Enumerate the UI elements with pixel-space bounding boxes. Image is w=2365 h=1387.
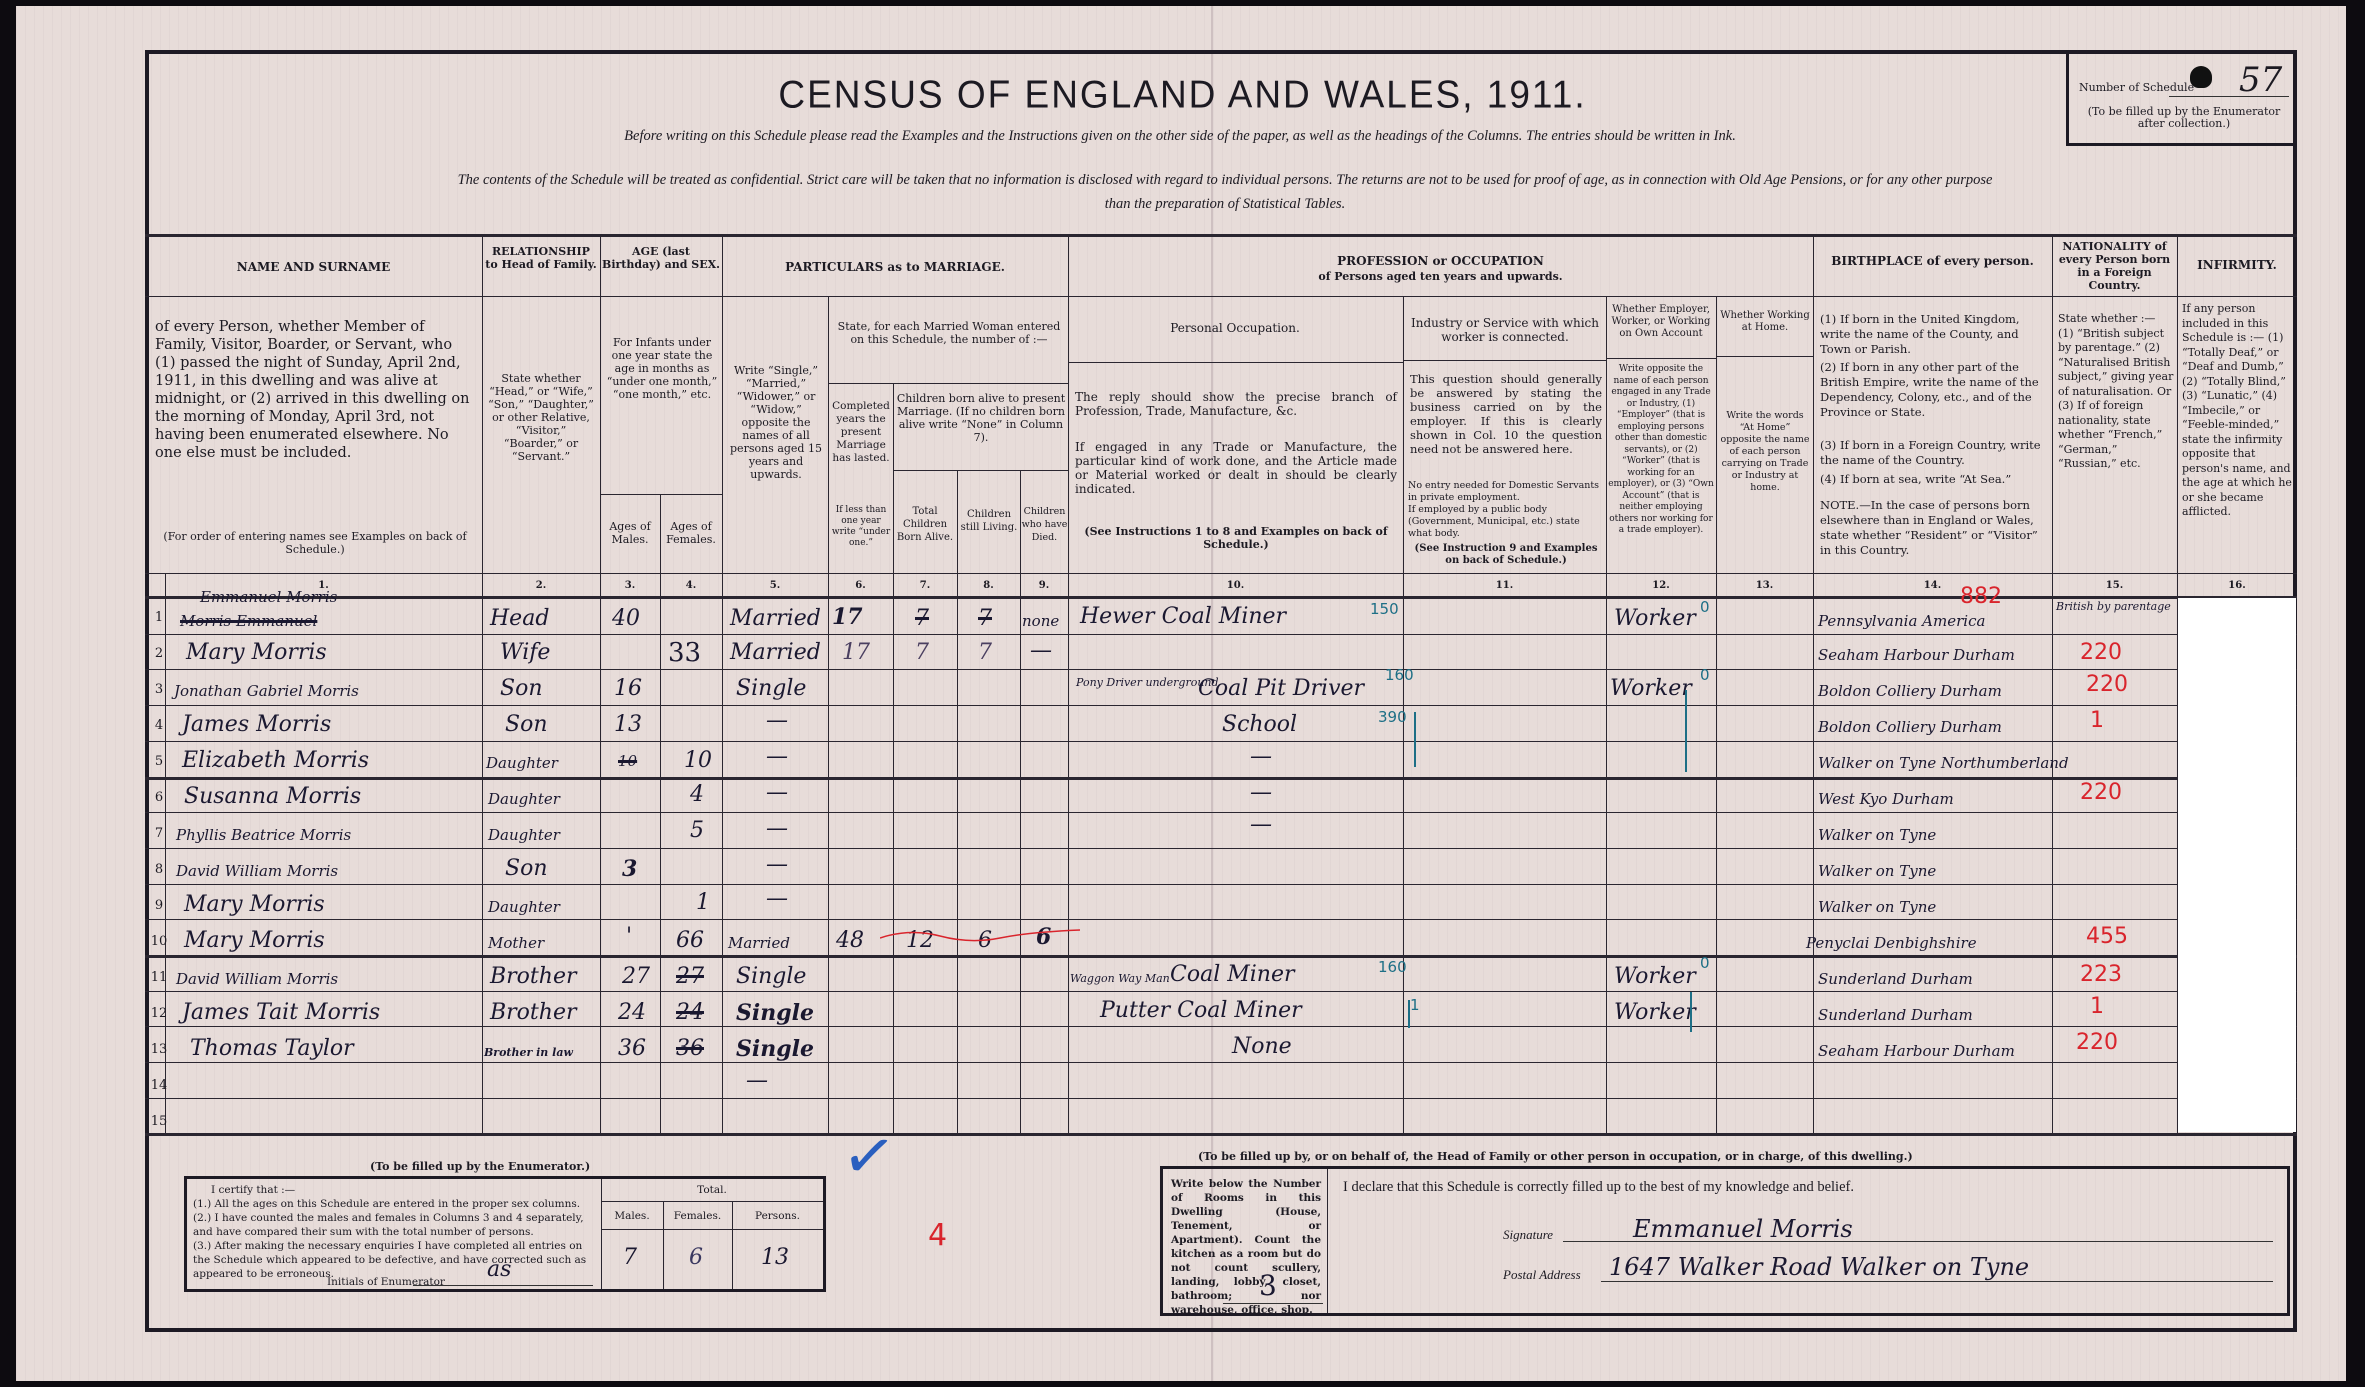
certify-label: I certify that :— [211, 1183, 295, 1197]
employment-status: Worker [1614, 1000, 1696, 1025]
nationality-code: 223 [2080, 962, 2122, 987]
occupation: Coal Pit Driver [1198, 676, 1364, 701]
birthplace: Pennsylvania America [1818, 612, 1985, 630]
occupation-code: 390 [1378, 708, 1407, 726]
children-rule [893, 470, 1068, 471]
occupation: Putter Coal Miner [1100, 998, 1302, 1023]
relationship: Wife [500, 640, 550, 665]
marital-status: Married [728, 934, 790, 952]
age-males-struck: 10 [618, 752, 637, 770]
ink-blot [2190, 66, 2212, 88]
enumerator-heading: (To be filled up by the Enumerator.) [370, 1160, 590, 1173]
totals-rule-2 [601, 1229, 823, 1230]
vline-age [722, 234, 723, 1133]
vline-col7 [957, 470, 958, 1133]
age-males: 3 [622, 856, 637, 882]
schedule-number-note: (To be filled up by the Enumerator after… [2075, 106, 2293, 130]
age-females: 4 [690, 782, 704, 807]
colnum-5: 5. [722, 580, 828, 591]
header-profession-subtitle: of Persons aged ten years and upwards. [1068, 270, 1813, 283]
marital-status: — [746, 1068, 768, 1093]
employment-code: 0 [1700, 954, 1710, 972]
relationship: Brother [490, 964, 576, 989]
colnum-2: 2. [482, 580, 600, 591]
marital-status: — [766, 852, 788, 877]
header-age-females: Ages of Females. [660, 520, 722, 546]
vline-col6 [893, 383, 894, 1133]
children-living: 7 [978, 606, 992, 631]
header-personal-occupation: Personal Occupation. [1070, 320, 1400, 337]
personal-occ-rule [1068, 362, 1403, 363]
enumerator-certificate-box: I certify that :— (1.) All the ages on t… [184, 1176, 826, 1292]
head-of-family-box: Write below the Number of Rooms in this … [1160, 1166, 2290, 1316]
row-number: 1 [150, 610, 168, 625]
row-rule [145, 634, 2297, 635]
rooms-count: 3 [1259, 1269, 1277, 1302]
certify-item-1: (1.) All the ages on this Schedule are e… [193, 1197, 597, 1211]
header-birthplace-body-3: (3) If born in a Foreign Country, write … [1820, 438, 2048, 468]
marriage-years: 17 [842, 640, 870, 665]
header-birthplace-body-2: (2) If born in any other part of the Bri… [1820, 360, 2048, 420]
colnum-13: 13. [1716, 580, 1813, 591]
occupation-code: 1 [1410, 996, 1420, 1014]
birthplace-code: 882 [1960, 584, 2002, 609]
person-name: James Morris [182, 712, 331, 737]
confidential-line-2: than the preparation of Statistical Tabl… [160, 196, 2290, 213]
age-males: 40 [612, 606, 640, 631]
header-infirmity: INFIRMITY. [2179, 258, 2295, 272]
birthplace: Walker on Tyne [1818, 898, 1936, 916]
person-name: David William Morris [176, 970, 338, 988]
marital-status: Single [736, 1036, 814, 1062]
marriage-years: 17 [832, 604, 863, 630]
relationship: Daughter [488, 898, 560, 916]
row-number: 15 [150, 1114, 168, 1129]
signature-value: Emmanuel Morris [1633, 1215, 1853, 1243]
marital-status: — [766, 816, 788, 841]
header-personal-body-2: If engaged in any Trade or Manufacture, … [1075, 440, 1397, 496]
birthplace: Walker on Tyne Northumberland [1818, 754, 2069, 772]
name-struck: Morris Emmanuel [180, 612, 317, 630]
row-number: 8 [150, 862, 168, 877]
header-industry-body-3: If employed by a public body (Government… [1408, 504, 1604, 540]
header-birthplace: BIRTHPLACE of every person. [1813, 254, 2052, 268]
header-industry-body-4: (See Instruction 9 and Examples on back … [1408, 543, 1604, 567]
vline-col9 [1068, 234, 1069, 1133]
header-age-males: Ages of Males. [600, 520, 660, 546]
row-rule [145, 669, 2297, 670]
header-birthplace-note: NOTE.—In the case of persons born elsewh… [1820, 498, 2048, 558]
initials-label: Initials of Enumerator [327, 1275, 445, 1289]
nationality-code: 220 [2086, 672, 2128, 697]
row-number: 11 [150, 970, 168, 985]
marital-status: — [766, 780, 788, 805]
person-name: James Tait Morris [182, 1000, 380, 1025]
vline-col12 [1716, 296, 1717, 1133]
occupation: None [1232, 1034, 1292, 1059]
row-number: 13 [150, 1042, 168, 1057]
vline-col11 [1606, 296, 1607, 1133]
colnum-3: 3. [600, 580, 660, 591]
age-males: 27 [622, 964, 650, 989]
certify-item-2: (2.) I have counted the males and female… [193, 1211, 597, 1239]
children-died: none [1022, 612, 1059, 630]
total-persons: 13 [761, 1245, 789, 1270]
nationality: British by parentage [2056, 600, 2174, 613]
vline-name [482, 234, 483, 1133]
row-rule [145, 884, 2297, 885]
header-nationality: NATIONALITY of every Person born in a Fo… [2054, 240, 2175, 292]
marital-status: Married [730, 606, 821, 631]
marriage-years: 48 [836, 928, 864, 953]
marital-status: — [766, 744, 788, 769]
children-total: 7 [915, 606, 929, 631]
row-rule [145, 741, 2297, 742]
age-females: 66 [676, 928, 704, 953]
totals-rule [601, 1201, 823, 1202]
page-title: CENSUS OF ENGLAND AND WALES, 1911. [0, 73, 2365, 117]
row-number: 5 [150, 754, 168, 769]
schedule-number-box: Number of Schedule 57 (To be filled up b… [2066, 50, 2297, 146]
birthplace: Seaham Harbour Durham [1818, 646, 2015, 664]
occupation: Hewer Coal Miner [1080, 604, 1286, 629]
colnum-10: 10. [1068, 580, 1403, 591]
colnum-4: 4. [660, 580, 722, 591]
birthplace: West Kyo Durham [1818, 790, 1954, 808]
occupation-code: 160 [1378, 958, 1407, 976]
row-rule [145, 991, 2297, 992]
person-name: Mary Morris [184, 892, 325, 917]
relationship: Brother in law [484, 1046, 573, 1059]
schedule-number-value: 57 [2239, 60, 2282, 100]
occupation: School [1222, 712, 1297, 737]
colnum-6: 6. [828, 580, 893, 591]
header-industry-body-1: This question should generally be answer… [1410, 372, 1602, 456]
occupation-code: 150 [1370, 600, 1399, 618]
header-industry-body-2: No entry needed for Domestic Servants in… [1408, 480, 1604, 504]
infirmity-redacted-panel [2178, 598, 2296, 1132]
address-label: Postal Address [1503, 1267, 1581, 1283]
marital-status: — [766, 708, 788, 733]
red-mark: 4 [928, 1218, 947, 1253]
instruction-line: Before writing on this Schedule please r… [300, 128, 2060, 145]
relationship: Daughter [486, 754, 558, 772]
confidential-line-1: The contents of the Schedule will be tre… [160, 172, 2290, 189]
red-correction-line [880, 924, 1080, 948]
children-living: 7 [978, 640, 992, 665]
age-males: 36 [618, 1036, 646, 1061]
header-children-alive: Children born alive to present Marriage.… [896, 392, 1066, 444]
children-total: 7 [915, 640, 929, 665]
employment-code: 0 [1700, 598, 1710, 616]
relationship: Son [500, 676, 543, 701]
relationship: Daughter [488, 826, 560, 844]
header-home: Whether Working at Home. [1718, 310, 1812, 334]
person-name: Mary Morris [184, 928, 325, 953]
married-woman-rule [828, 383, 1068, 384]
employment-code: 0 [1700, 666, 1710, 684]
address-value: 1647 Walker Road Walker on Tyne [1609, 1253, 2029, 1281]
blue-coding-mark [1414, 712, 1416, 767]
header-have-died: Children who have Died. [1021, 505, 1068, 544]
birthplace: Boldon Colliery Durham [1818, 718, 2002, 736]
rooms-line [1223, 1303, 1323, 1304]
age-females-struck: 36 [676, 1036, 704, 1061]
birthplace: Walker on Tyne [1818, 862, 1936, 880]
header-mid-rule [145, 296, 2297, 297]
relationship: Daughter [488, 790, 560, 808]
person-name: Phyllis Beatrice Morris [176, 826, 351, 844]
blue-coding-mark [1685, 690, 1687, 772]
total-females: 6 [689, 1245, 703, 1270]
row-rule [145, 1098, 2297, 1099]
header-still-living: Children still Living. [958, 508, 1020, 534]
age-males: 16 [614, 676, 642, 701]
header-marriage: PARTICULARS as to MARRIAGE. [722, 260, 1068, 274]
header-completed-note: If less than one year write “under one.” [829, 505, 893, 549]
males-label: Males. [601, 1209, 663, 1223]
employment-status: Worker [1614, 964, 1696, 989]
employment-status: Worker [1614, 606, 1696, 631]
row-number: 2 [150, 646, 168, 661]
header-birthplace-body-1: (1) If born in the United Kingdom, write… [1820, 312, 2048, 357]
person-name: Jonathan Gabriel Morris [174, 682, 359, 700]
occupation-prefix: Waggon Way Man [1070, 972, 1170, 985]
marital-status: Single [736, 964, 806, 989]
nationality-code: 220 [2080, 640, 2122, 665]
marital-status: Single [736, 1000, 814, 1026]
row-rule [145, 919, 2297, 920]
occupation: — [1250, 780, 1272, 805]
header-relationship: RELATIONSHIP to Head of Family. [484, 245, 598, 271]
total-males: 7 [623, 1245, 637, 1270]
row-number: 10 [150, 934, 168, 949]
nationality-code: 1 [2090, 994, 2104, 1019]
nationality-code: 1 [2090, 708, 2104, 733]
row-rule [145, 955, 2297, 958]
person-name: Thomas Taylor [190, 1036, 354, 1061]
person-name: Susanna Morris [184, 784, 361, 809]
row-rule [145, 812, 2297, 813]
total-label: Total. [601, 1183, 823, 1197]
age-females: 33 [668, 638, 701, 668]
header-employer: Whether Employer, Worker, or Working on … [1608, 304, 1714, 340]
occupation: — [1250, 812, 1272, 837]
nationality-code: 220 [2076, 1030, 2118, 1055]
row-number: 9 [150, 898, 168, 913]
colnum-14: 14. [1813, 580, 2052, 591]
header-employer-body: Write opposite the name of each person e… [1608, 364, 1714, 537]
vline-col8 [1020, 470, 1021, 1133]
header-home-body: Write the words “At Home” opposite the n… [1718, 410, 1812, 494]
person-name: Mary Morris [186, 640, 327, 665]
nationality-code: 455 [2086, 924, 2128, 949]
header-age-body: For Infants under one year state the age… [604, 336, 720, 401]
header-name-body: of every Person, whether Member of Famil… [155, 318, 475, 462]
row-rule [145, 848, 2297, 849]
industry-rule [1403, 360, 1606, 361]
vline-rel [600, 234, 601, 1133]
address-line [1601, 1281, 2273, 1282]
employer-rule [1606, 358, 1716, 359]
age-females-struck: 27 [676, 964, 704, 989]
birthplace: Walker on Tyne [1818, 826, 1936, 844]
colnum-11: 11. [1403, 580, 1606, 591]
header-relationship-body: State whether “Head,” or “Wife,” “Son,” … [486, 372, 596, 463]
blue-check-mark: ✓ [837, 1117, 900, 1198]
marital-status: Married [730, 640, 821, 665]
header-infirmity-body: If any person included in this Schedule … [2182, 302, 2294, 520]
age-females-struck: 24 [676, 1000, 704, 1025]
person-name: David William Morris [176, 862, 338, 880]
persons-label: Persons. [732, 1209, 823, 1223]
header-total-born: Total Children Born Alive. [894, 505, 956, 544]
age-males: 24 [618, 1000, 646, 1025]
header-profession: PROFESSION or OCCUPATION [1068, 254, 1813, 268]
relationship: Son [505, 856, 548, 881]
age-males: ' [626, 924, 632, 949]
rooms-divider [1327, 1169, 1328, 1313]
age-split-rule [600, 494, 722, 495]
children-died: — [1030, 638, 1052, 663]
signature-label: Signature [1503, 1227, 1553, 1243]
header-nationality-body: State whether :— (1) “British subject by… [2058, 312, 2174, 472]
age-females: 10 [684, 748, 712, 773]
rooms-instruction: Write below the Number of Rooms in this … [1171, 1177, 1321, 1317]
colnum-15: 15. [2052, 580, 2177, 591]
relationship: Head [490, 606, 549, 631]
colnum-12: 12. [1606, 580, 1716, 591]
schedule-number-label: Number of Schedule [2079, 81, 2194, 94]
colnum-16: 16. [2177, 580, 2297, 591]
birthplace: Seaham Harbour Durham [1818, 1042, 2015, 1060]
row-number: 3 [150, 682, 168, 697]
header-birthplace-body-4: (4) If born at sea, write “At Sea.” [1820, 472, 2048, 487]
employment-status: Worker [1610, 676, 1692, 701]
vline-col14 [2052, 234, 2053, 1133]
row-number: 14 [150, 1078, 168, 1093]
colnum-7: 7. [893, 580, 957, 591]
header-bottom-rule [145, 573, 2297, 574]
header-married-woman: State, for each Married Woman entered on… [832, 320, 1066, 346]
birthplace: Sunderland Durham [1818, 970, 1973, 988]
header-name-note: (For order of entering names see Example… [155, 530, 475, 556]
header-top-rule [145, 234, 2297, 237]
header-personal-body-3: (See Instructions 1 to 8 and Examples on… [1075, 525, 1397, 551]
relationship: Mother [488, 934, 544, 952]
home-rule [1716, 356, 1813, 357]
person-name: Elizabeth Morris [182, 748, 369, 773]
initials-line [413, 1285, 593, 1286]
birthplace: Penyclai Denbighshire [1806, 934, 1977, 952]
row-rule [145, 705, 2297, 706]
blue-coding-mark [1690, 992, 1692, 1032]
row-rule [145, 1026, 2297, 1027]
row-number: 12 [150, 1006, 168, 1021]
age-females: 5 [690, 818, 704, 843]
row-number: 6 [150, 790, 168, 805]
relationship: Son [505, 712, 548, 737]
person-name: Emmanuel Morris [200, 588, 337, 606]
occupation-code: 160 [1385, 666, 1414, 684]
head-of-family-heading: (To be filled up by, or on behalf of, th… [1198, 1150, 1913, 1163]
header-marriage-write: Write “Single,” “Married,” “Widower,” or… [726, 364, 826, 481]
row-number: 4 [150, 718, 168, 733]
age-males: 13 [614, 712, 642, 737]
header-completed-years: Completed years the present Marriage has… [829, 400, 893, 465]
row-rule [145, 1062, 2297, 1063]
occupation: — [1250, 744, 1272, 769]
row-number: 7 [150, 826, 168, 841]
blue-coding-mark [1408, 1000, 1410, 1028]
birthplace: Boldon Colliery Durham [1818, 682, 2002, 700]
relationship: Brother [490, 1000, 576, 1025]
header-name: NAME AND SURNAME [145, 260, 482, 274]
table-bottom-rule [145, 1133, 2297, 1136]
declaration-text: I declare that this Schedule is correctl… [1343, 1179, 1854, 1196]
colnum-8: 8. [957, 580, 1020, 591]
row-rule [145, 777, 2297, 780]
enumerator-initials: as [487, 1257, 511, 1282]
occupation: Coal Miner [1170, 962, 1295, 987]
vline-col13 [1813, 234, 1814, 1133]
colnum-9: 9. [1020, 580, 1068, 591]
females-label: Females. [663, 1209, 732, 1223]
header-age: AGE (last Birthday) and SEX. [602, 245, 720, 271]
age-females: 1 [696, 890, 710, 915]
marital-status: — [766, 886, 788, 911]
nationality-code: 220 [2080, 780, 2122, 805]
marital-status: Single [736, 676, 806, 701]
birthplace: Sunderland Durham [1818, 1006, 1973, 1024]
header-personal-body-1: The reply should show the precise branch… [1075, 390, 1397, 418]
header-industry: Industry or Service with which worker is… [1405, 316, 1605, 344]
